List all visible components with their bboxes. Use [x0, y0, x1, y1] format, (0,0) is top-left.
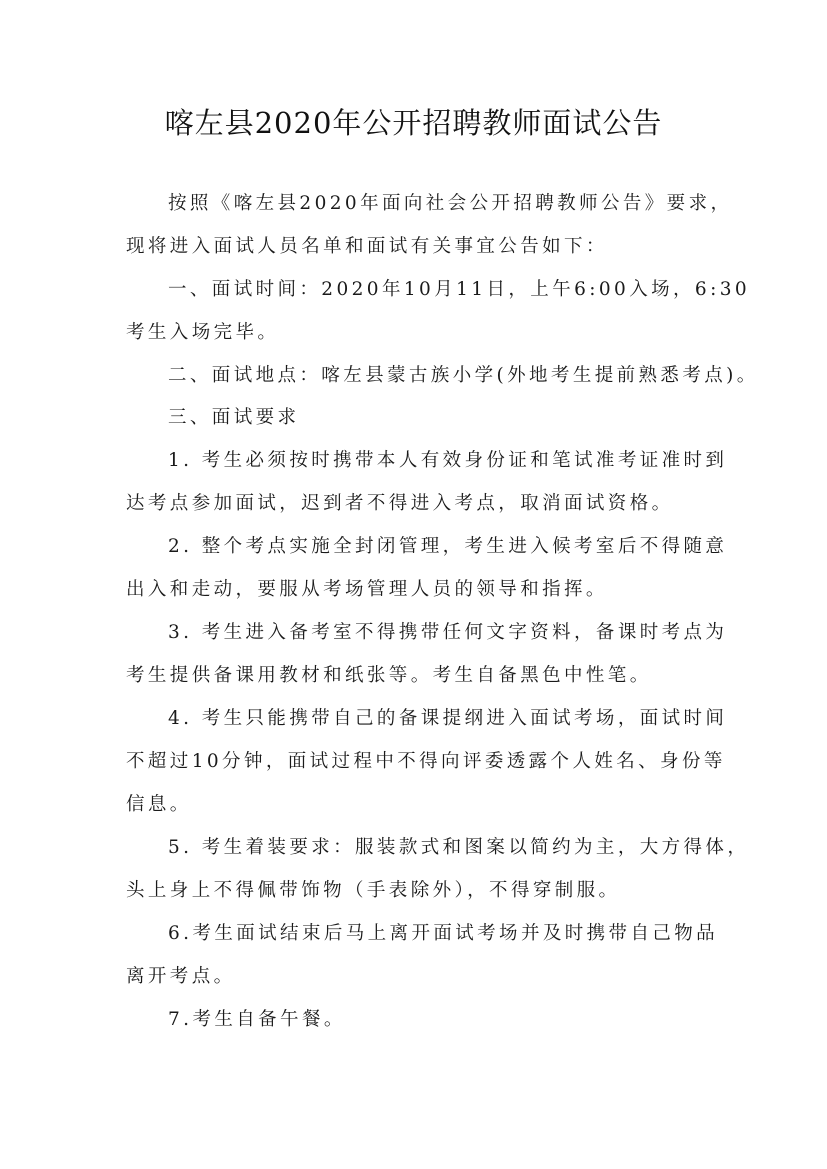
paragraph-line: 3. 考生进入备考室不得携带任何文字资料，备课时考点为 — [168, 619, 727, 647]
paragraph-line: 信息。 — [126, 791, 192, 819]
paragraph-line: 达考点参加面试，迟到者不得进入考点，取消面试资格。 — [126, 490, 674, 518]
paragraph-line: 二、面试地点：喀左县蒙古族小学(外地考生提前熟悉考点)。 — [168, 362, 759, 390]
paragraph-line: 考生入场完毕。 — [126, 319, 279, 347]
paragraph-line: 4. 考生只能携带自己的备课提纲进入面试考场，面试时间 — [168, 705, 727, 733]
paragraph-line: 考生提供备课用教材和纸张等。考生自备黑色中性笔。 — [126, 662, 652, 690]
paragraph-line: 离开考点。 — [126, 963, 236, 991]
paragraph-line: 按照《喀左县2020年面向社会公开招聘教师公告》要求， — [168, 190, 732, 218]
paragraph-line: 不超过10分钟，面试过程中不得向评委透露个人姓名、身份等 — [126, 748, 726, 776]
paragraph-line: 一、面试时间：2020年10月11日，上午6:00入场，6:30 — [168, 276, 750, 304]
paragraph-line: 2. 整个考点实施全封闭管理，考生进入候考室后不得随意 — [168, 533, 727, 561]
paragraph-line: 现将进入面试人员名单和面试有关事宜公告如下： — [126, 233, 608, 261]
paragraph-line: 头上身上不得佩带饰物（手表除外），不得穿制服。 — [126, 877, 620, 905]
document-title: 喀左县2020年公开招聘教师面试公告 — [0, 103, 827, 143]
paragraph-line: 出入和走动，要服从考场管理人员的领导和指挥。 — [126, 576, 608, 604]
paragraph-line: 1. 考生必须按时携带本人有效身份证和笔试准考证准时到 — [168, 447, 727, 475]
paragraph-line: 6.考生面试结束后马上离开面试考场并及时携带自己物品 — [168, 920, 718, 948]
paragraph-line: 7.考生自备午餐。 — [168, 1006, 346, 1034]
document-page: 喀左县2020年公开招聘教师面试公告 按照《喀左县2020年面向社会公开招聘教师… — [0, 0, 827, 1169]
paragraph-line: 5. 考生着装要求：服装款式和图案以简约为主，大方得体， — [168, 834, 749, 862]
section-heading: 三、面试要求 — [168, 404, 299, 432]
